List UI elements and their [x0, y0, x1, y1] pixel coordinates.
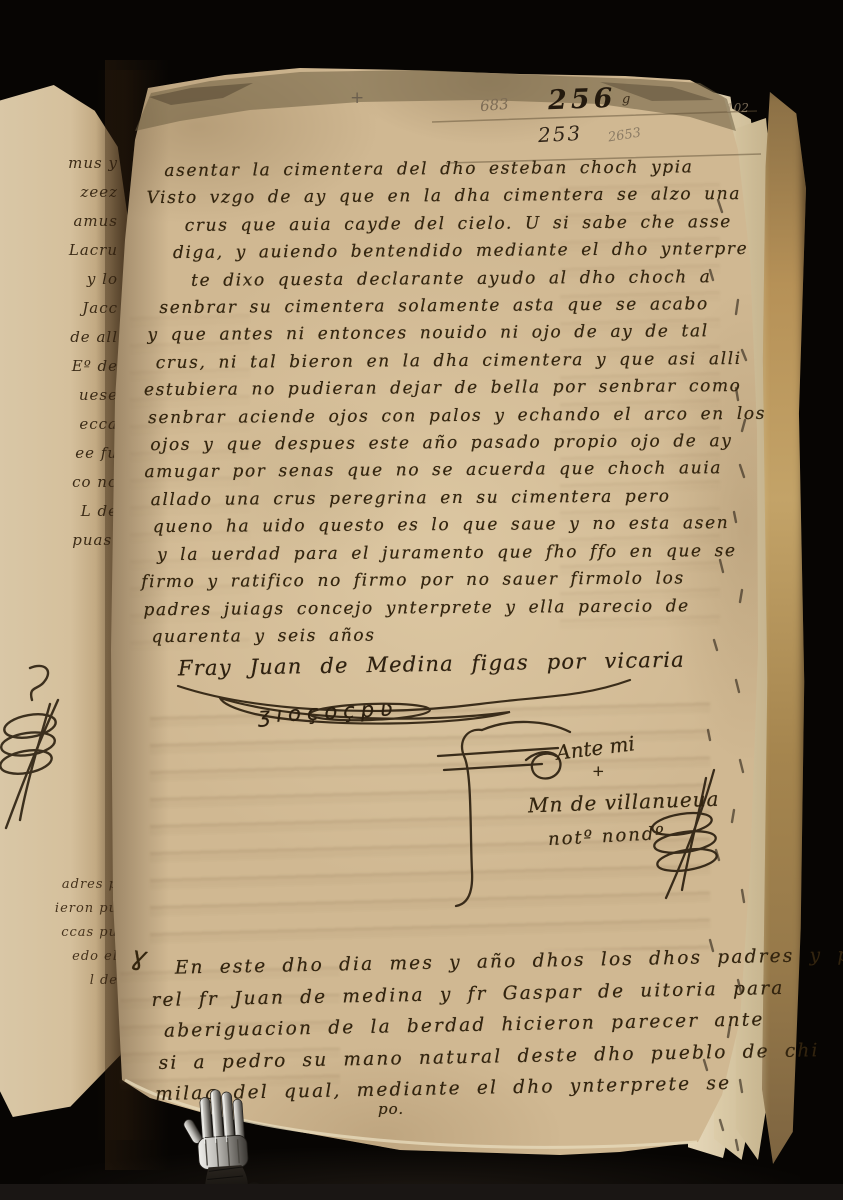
- fragment-line: ccas pu: [55, 921, 118, 945]
- manuscript-line: diga, y auiendo bentendido mediante el d…: [173, 236, 765, 268]
- fragment-line: ecca: [68, 410, 118, 439]
- facing-page-line-fragments-upper: mus y zeez amus Lacru y lo Jacc de all E…: [68, 149, 118, 555]
- facing-page-line-fragments-lower: adres p ieron pu ccas pu edo el l de: [55, 873, 118, 993]
- fragment-line: y lo: [68, 265, 118, 294]
- facing-page-rubric-flourish-icon: [0, 660, 80, 850]
- manuscript-line: padres juiags concejo ynterprete y ella …: [143, 592, 767, 624]
- folio-number-pencil-old: 683: [479, 95, 509, 115]
- fragment-line: de all: [68, 323, 118, 352]
- folio-number-faint: 102: [726, 101, 749, 115]
- folio-number-ink-main: 256: [547, 83, 616, 116]
- manuscript-line: y la uerdad para el juramento que fho ff…: [157, 537, 767, 569]
- fragment-line: uese: [68, 381, 118, 410]
- table-surface-strip: [0, 1184, 843, 1200]
- addendum-interline-insertion: po.: [378, 1100, 404, 1118]
- manuscript-line: ojos y que despues este año pasado propi…: [150, 428, 766, 460]
- manuscript-line: asentar la cimentera del dho esteban cho…: [164, 154, 764, 186]
- fragment-line: puasl: [68, 526, 118, 555]
- fragment-line: L de: [68, 497, 118, 526]
- fragment-line: mus y: [68, 149, 118, 178]
- manuscript-line: Visto vzgo de ay que en la dha cimentera…: [146, 181, 764, 213]
- fragment-line: Eº de: [68, 352, 118, 381]
- manuscript-line: allado una crus peregrina en su cimenter…: [151, 483, 767, 515]
- fragment-line: edo el: [55, 945, 118, 969]
- manuscript-line: firmo y ratifico no firmo por no sauer f…: [141, 565, 767, 597]
- manuscript-line: y que antes ni entonces nouido ni ojo de…: [147, 318, 765, 350]
- fragment-line: ieron pu: [55, 897, 118, 921]
- folio-number-ink-alt: 253: [537, 121, 582, 147]
- manuscript-text-block: asentar la cimentera del dho esteban cho…: [138, 154, 767, 652]
- manuscript-line: amugar por senas que no se acuerda que c…: [144, 455, 766, 487]
- manuscript-line: senbrar aciende ojos con palos y echando…: [148, 400, 766, 432]
- notary-cross-mark: +: [592, 762, 605, 780]
- manuscript-line: estubiera no pudieran dejar de bella por…: [144, 373, 766, 405]
- fragment-line: Lacru: [68, 236, 118, 265]
- manuscript-line: te dixo questa declarante ayudo al dho c…: [191, 263, 765, 294]
- fragment-line: l de: [55, 969, 118, 993]
- fragment-line: zeez: [68, 178, 118, 207]
- pencil-cross-mark: +: [350, 88, 364, 108]
- folio-number-suffix: g: [622, 92, 630, 107]
- fragment-line: ee fu: [68, 439, 118, 468]
- shadow-haze: [40, 1148, 800, 1188]
- manuscript-line: crus, ni tal bieron en la dha cimentera …: [156, 346, 766, 378]
- fragment-line: adres p: [55, 873, 118, 897]
- fragment-line: co no: [68, 468, 118, 497]
- manuscript-line: senbrar su cimentera solamente asta que …: [159, 291, 765, 323]
- manuscript-photo: mus y zeez amus Lacru y lo Jacc de all E…: [0, 0, 843, 1200]
- fragment-line: amus: [68, 207, 118, 236]
- addendum-text-block: En este dho dia mes y año dhos los dhos …: [151, 939, 843, 1111]
- manuscript-line: queno ha uido questo es lo que saue y no…: [153, 510, 767, 542]
- fragment-line: Jacc: [68, 294, 118, 323]
- facing-page-sliver: mus y zeez amus Lacru y lo Jacc de all E…: [0, 85, 128, 1117]
- manuscript-line: quarenta y seis años: [152, 620, 768, 652]
- manuscript-line: crus que auia cayde del cielo. U si sabe…: [185, 209, 765, 240]
